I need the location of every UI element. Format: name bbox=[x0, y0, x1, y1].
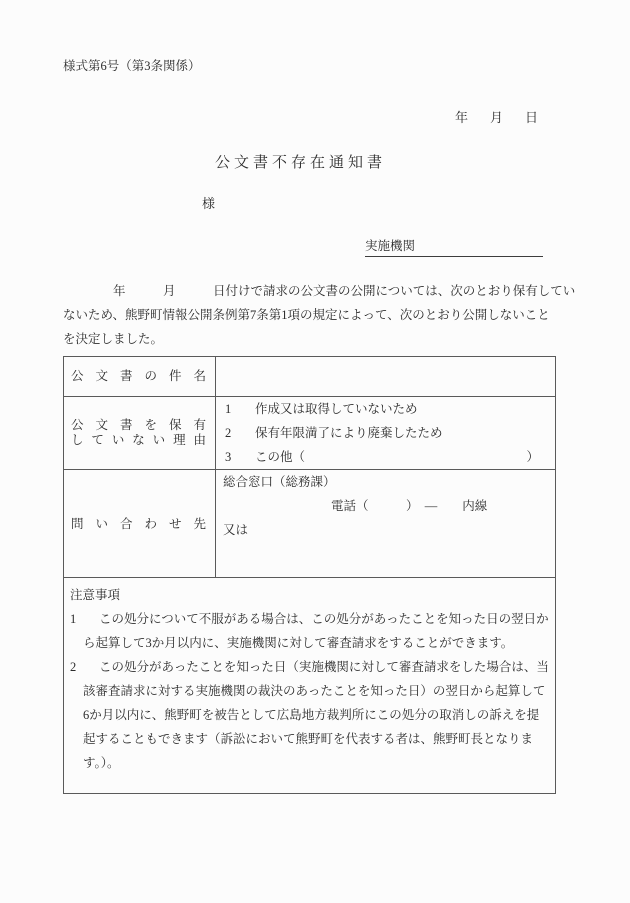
year-label: 年 bbox=[455, 110, 468, 125]
reason-label-cell: 公文書を保有 していない理由 bbox=[64, 397, 216, 470]
notes-cell: 注意事項 1この処分について不服がある場合は、この処分があったことを知った日の翌… bbox=[64, 578, 556, 794]
notes-heading: 注意事項 bbox=[70, 583, 547, 607]
reason-label-line2: していない理由 bbox=[64, 433, 215, 448]
contact-phone: 電話（ ） ― 内線 bbox=[216, 494, 555, 518]
body-line: ないため、熊野町情報公開条例第7条第1項の規定によって、次のとおり公開しないこと bbox=[63, 303, 568, 327]
body-line: 年 月 日付けで請求の公文書の公開については、次のとおり保有してい bbox=[63, 279, 568, 303]
reason-item-text: この他（ bbox=[255, 445, 305, 469]
reason-item-close-paren: ） bbox=[526, 445, 539, 469]
form-number: 様式第6号（第3条関係） bbox=[63, 56, 568, 76]
issuer-line: 実施機関 bbox=[63, 236, 568, 257]
note-item-2-line: 2この処分があったことを知った日（実施機関に対して審査請求をした場合は、当 bbox=[70, 655, 547, 679]
body-paragraph: 年 月 日付けで請求の公文書の公開については、次のとおり保有してい ないため、熊… bbox=[63, 279, 568, 351]
contact-value-cell: 総合窓口（総務課） 電話（ ） ― 内線 又は bbox=[216, 470, 556, 578]
note-item-1-line: 1この処分について不服がある場合は、この処分があったことを知った日の翌日か bbox=[70, 607, 547, 631]
note-item-1-line: ら起算して3か月以内に、実施機関に対して審査請求をすることができます。 bbox=[70, 631, 547, 655]
document-name-value-cell bbox=[216, 357, 556, 397]
document-name-label-cell: 公文書の件名 bbox=[64, 357, 216, 397]
note-item-number: 2 bbox=[70, 655, 99, 679]
reason-item-text: 作成又は取得していないため bbox=[255, 402, 418, 416]
note-item-2-line: 該審査請求に対する実施機関の裁決のあったことを知った日）の翌日から起算して bbox=[70, 679, 547, 703]
note-item-2-line: 6か月以内に、熊野町を被告として広島地方裁判所にこの処分の取消しの訴えを提 bbox=[70, 703, 547, 727]
reason-value-cell: 1作成又は取得していないため 2保有年限満了により廃棄したため 3この他（） bbox=[216, 397, 556, 470]
table-row-notes: 注意事項 1この処分について不服がある場合は、この処分があったことを知った日の翌… bbox=[64, 578, 556, 794]
table-row-contact: 問い合わせ先 総合窓口（総務課） 電話（ ） ― 内線 又は bbox=[64, 470, 556, 578]
contact-office: 総合窓口（総務課） bbox=[216, 470, 555, 494]
note-item-number: 1 bbox=[70, 607, 99, 631]
document-title: 公文書不存在通知書 bbox=[63, 152, 568, 174]
recipient-suffix: 様 bbox=[63, 194, 568, 214]
contact-label-cell: 問い合わせ先 bbox=[64, 470, 216, 578]
month-label: 月 bbox=[490, 110, 503, 125]
contact-or: 又は bbox=[216, 518, 555, 542]
table-row-document-name: 公文書の件名 bbox=[64, 357, 556, 397]
issuer-underline-field: 実施機関 bbox=[365, 236, 543, 257]
reason-item-number: 3 bbox=[225, 445, 255, 469]
document-page: 様式第6号（第3条関係） 年月日 公文書不存在通知書 様 実施機関 年 月 日付… bbox=[0, 0, 630, 903]
blank-space bbox=[305, 445, 526, 469]
reason-item-2: 2保有年限満了により廃棄したため bbox=[216, 421, 555, 445]
note-item-2-line: す。）。 bbox=[70, 751, 547, 775]
note-item-text: この処分があったことを知った日（実施機関に対して審査請求をした場合は、当 bbox=[99, 660, 549, 674]
contact-label: 問い合わせ先 bbox=[64, 470, 215, 532]
date-line: 年月日 bbox=[63, 108, 568, 128]
reason-item-text: 保有年限満了により廃棄したため bbox=[255, 426, 443, 440]
reason-item-number: 1 bbox=[225, 397, 255, 421]
reason-label-line1: 公文書を保有 bbox=[64, 418, 215, 433]
document-name-label: 公文書の件名 bbox=[64, 369, 215, 384]
note-item-text: この処分について不服がある場合は、この処分があったことを知った日の翌日か bbox=[99, 612, 549, 626]
table-row-reason: 公文書を保有 していない理由 1作成又は取得していないため 2保有年限満了により… bbox=[64, 397, 556, 470]
reason-item-1: 1作成又は取得していないため bbox=[216, 397, 555, 421]
reason-item-number: 2 bbox=[225, 421, 255, 445]
note-item-2-line: 起することもできます（訴訟において熊野町を代表する者は、熊野町長となりま bbox=[70, 727, 547, 751]
issuer-label: 実施機関 bbox=[365, 239, 415, 253]
decision-table: 公文書の件名 公文書を保有 していない理由 1作成又は取得していないため 2保有… bbox=[63, 356, 556, 794]
body-line: を決定しました。 bbox=[63, 327, 568, 351]
day-label: 日 bbox=[525, 110, 538, 125]
reason-item-3: 3この他（） bbox=[216, 445, 555, 469]
